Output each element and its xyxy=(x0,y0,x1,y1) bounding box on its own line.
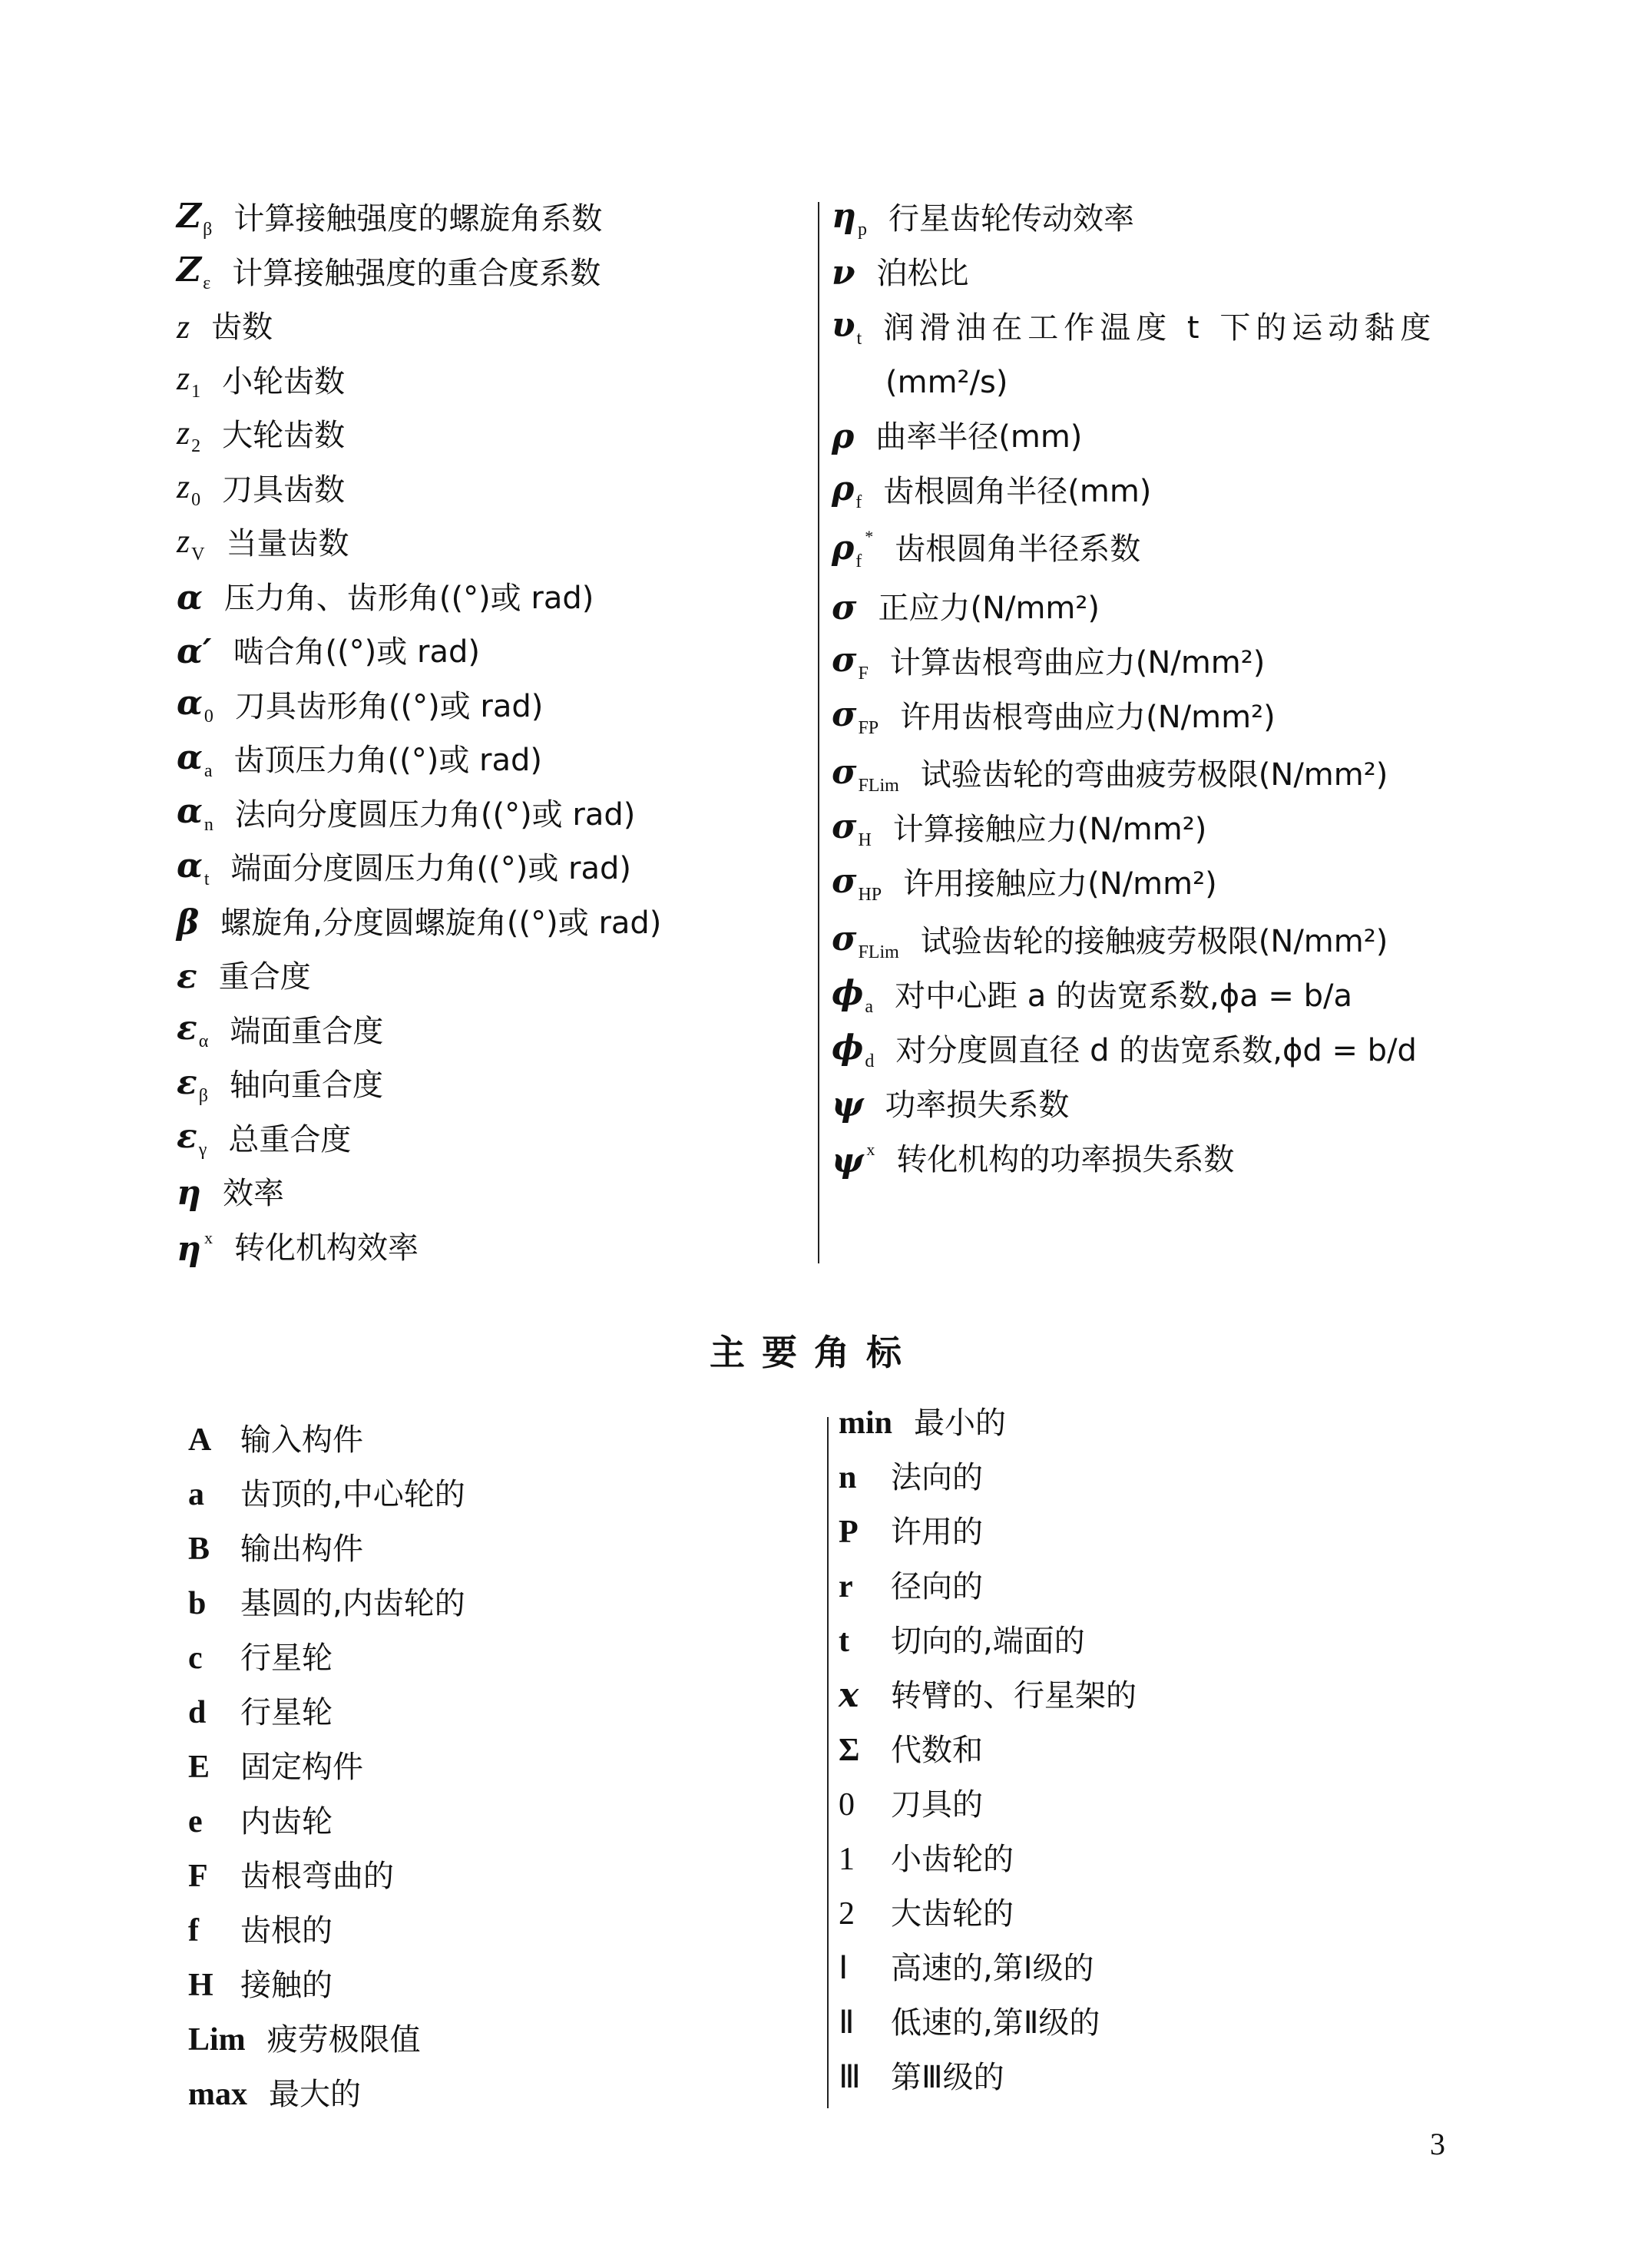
subscript-row: r径向的 xyxy=(839,1560,983,1614)
symbol-base: α′ xyxy=(177,632,211,671)
subscript-symbol: B xyxy=(188,1533,219,1565)
symbol: υt xyxy=(832,309,862,348)
symbol: σFLim xyxy=(832,922,899,962)
symbol-superscript: x xyxy=(866,1140,875,1159)
symbol-subscript: f xyxy=(855,551,862,571)
subscript-symbol: n xyxy=(839,1462,869,1494)
subscript-symbol: F xyxy=(188,1860,219,1892)
symbol-base: υ xyxy=(832,306,855,345)
subscript-row: Ⅲ第Ⅲ级的 xyxy=(839,2051,1004,2104)
symbol: α′ xyxy=(177,635,211,669)
symbol: σFLim xyxy=(832,756,899,795)
subscript-description: 径向的 xyxy=(891,1571,983,1602)
symbol: η xyxy=(177,1177,201,1210)
symbol-description: 行星齿轮传动效率 xyxy=(888,204,1134,234)
subscript-description: 刀具的 xyxy=(891,1790,983,1820)
symbol-subscript: β xyxy=(203,220,212,240)
subscript-description: 小齿轮的 xyxy=(891,1844,1014,1875)
symbol-row: εγ总重合度 xyxy=(177,1113,351,1167)
symbol-base: ψ xyxy=(832,1141,863,1180)
symbol-base: ρ xyxy=(832,469,854,508)
symbol-description: 效率 xyxy=(223,1178,284,1209)
symbol-description: (mm²/s) xyxy=(885,367,1008,398)
symbol-row: z齿数 xyxy=(177,300,273,354)
symbol: α xyxy=(177,581,203,615)
subscript-description: 高速的,第Ⅰ级的 xyxy=(891,1953,1094,1984)
symbol-description: 齿顶压力角((°)或 rad) xyxy=(234,745,542,776)
symbol-description: 刀具齿形角((°)或 rad) xyxy=(235,691,543,722)
symbol-base: α xyxy=(177,578,203,617)
subscript-row: 1小齿轮的 xyxy=(839,1833,1014,1886)
symbol-description: 螺旋角,分度圆螺旋角((°)或 rad) xyxy=(220,908,661,939)
symbol-row: zV当量齿数 xyxy=(177,517,349,571)
symbol-base: η xyxy=(177,1174,201,1213)
subscript-symbol: a xyxy=(188,1478,219,1511)
symbol-description: 小轮齿数 xyxy=(222,366,345,397)
symbol-row: ν泊松比 xyxy=(832,247,969,300)
document-page: Zβ计算接触强度的螺旋角系数Zε计算接触强度的重合度系数z齿数z1小轮齿数z2大… xyxy=(0,0,1628,2268)
symbol-base: ε xyxy=(177,1063,197,1102)
subscript-row: n法向的 xyxy=(839,1451,983,1505)
subscript-row: f齿根的 xyxy=(188,1904,333,1958)
subscript-row: A输入构件 xyxy=(188,1413,363,1467)
symbol-base: β xyxy=(177,903,199,942)
symbol-description: 端面分度圆压力角((°)或 rad) xyxy=(231,853,631,884)
symbol-row: εα端面重合度 xyxy=(177,1005,383,1058)
symbol-description: 对分度圆直径 d 的齿宽系数,ϕd = b/d xyxy=(895,1035,1417,1066)
symbol-subscript: 1 xyxy=(191,382,200,402)
symbol: σ xyxy=(832,591,856,625)
subscript-symbol: E xyxy=(188,1751,219,1783)
symbol: β xyxy=(177,906,199,940)
subscript-description: 转臂的、行星架的 xyxy=(891,1680,1137,1711)
symbol-row: σFLim试验齿轮的接触疲劳极限(N/mm²) xyxy=(832,915,1388,968)
symbol-subscript: β xyxy=(199,1086,208,1106)
symbol-superscript: * xyxy=(865,527,873,546)
subscript-symbol: Σ xyxy=(839,1734,869,1766)
symbol-description: 总重合度 xyxy=(228,1124,351,1155)
symbol: ρ xyxy=(832,420,854,454)
symbol-base: σ xyxy=(832,807,856,846)
column-divider-bottom xyxy=(827,1417,829,2108)
symbol: z xyxy=(177,310,190,344)
symbol-row: σH计算接触应力(N/mm²) xyxy=(832,803,1206,856)
subscript-row: Ⅱ低速的,第Ⅱ级的 xyxy=(839,1996,1100,2050)
subscript-description: 法向的 xyxy=(891,1462,983,1493)
symbol-subscript: H xyxy=(858,830,871,850)
subscript-description: 输出构件 xyxy=(240,1534,363,1564)
subscript-row: E固定构件 xyxy=(188,1740,363,1794)
subscript-row: F齿根弯曲的 xyxy=(188,1849,394,1903)
symbol: ρf* xyxy=(832,528,873,571)
symbol-base: z xyxy=(177,308,190,346)
symbol-superscript: x xyxy=(204,1228,213,1247)
subscript-description: 齿顶的,中心轮的 xyxy=(240,1479,465,1510)
subscript-row: a齿顶的,中心轮的 xyxy=(188,1468,465,1521)
symbol-description: 转化机构效率 xyxy=(234,1233,419,1263)
symbol-description: 转化机构的功率损失系数 xyxy=(896,1144,1234,1175)
symbol-description: 计算接触强度的重合度系数 xyxy=(232,258,601,289)
symbol-subscript: FLim xyxy=(858,776,898,796)
symbol-base: σ xyxy=(832,753,856,792)
symbol-subscript: FP xyxy=(858,718,879,738)
symbol-description: 法向分度圆压力角((°)或 rad) xyxy=(235,800,635,830)
subscript-row: b基圆的,内齿轮的 xyxy=(188,1577,465,1631)
symbol-base: ρ xyxy=(832,417,854,456)
symbol-subscript: n xyxy=(204,815,213,835)
symbol-base: α xyxy=(177,792,203,831)
symbol-description: 计算齿根弯曲应力(N/mm²) xyxy=(890,647,1266,678)
symbol-row: z1小轮齿数 xyxy=(177,355,345,409)
subscript-row: e内齿轮 xyxy=(188,1795,333,1849)
symbol-description: 重合度 xyxy=(219,962,311,992)
subscript-symbol: A xyxy=(188,1424,219,1456)
symbol: ρf xyxy=(832,472,862,512)
symbol-row: ϕa对中心距 a 的齿宽系数,ϕa = b/a xyxy=(832,969,1352,1023)
symbol: α0 xyxy=(177,687,213,726)
symbol-row: ε重合度 xyxy=(177,950,311,1004)
symbol-subscript: a xyxy=(204,761,213,781)
symbol-row: ρf*齿根圆角半径系数 xyxy=(832,522,1140,576)
symbol-subscript: γ xyxy=(199,1140,207,1160)
subscript-symbol: e xyxy=(188,1806,219,1838)
symbol-description: 功率损失系数 xyxy=(885,1090,1069,1121)
symbol-subscript: HP xyxy=(858,885,882,905)
subscript-description: 最小的 xyxy=(914,1408,1006,1439)
symbol-description: 许用齿根弯曲应力(N/mm²) xyxy=(900,702,1276,733)
symbol-description: 泊松比 xyxy=(877,258,969,289)
subscript-row: c行星轮 xyxy=(188,1631,333,1685)
subscript-description: 切向的,端面的 xyxy=(891,1626,1085,1657)
column-divider-top xyxy=(818,202,819,1263)
subscript-row: 0刀具的 xyxy=(839,1778,983,1832)
symbol-description: 端面重合度 xyxy=(230,1016,383,1047)
page-number: 3 xyxy=(1430,2126,1445,2162)
symbol-base: z xyxy=(177,359,190,397)
subscript-description: 接触的 xyxy=(240,1970,333,2001)
symbol-row: σFLim试验齿轮的弯曲疲劳极限(N/mm²) xyxy=(832,748,1388,802)
symbol: ψ xyxy=(832,1088,863,1122)
symbol-row: Zε计算接触强度的重合度系数 xyxy=(177,247,601,300)
subscript-description: 内齿轮 xyxy=(240,1806,333,1837)
symbol-row: ηp行星齿轮传动效率 xyxy=(832,192,1134,246)
symbol: ε xyxy=(177,960,197,994)
symbol: z2 xyxy=(177,416,200,455)
subscript-symbol: Lim xyxy=(188,2024,246,2056)
symbol-row: ψx转化机构的功率损失系数 xyxy=(832,1133,1234,1187)
symbol: αa xyxy=(177,741,213,780)
symbol-base: ψ xyxy=(832,1085,863,1124)
symbol-description: 曲率半径(mm) xyxy=(875,422,1082,452)
symbol-description: 啮合角((°)或 rad) xyxy=(233,637,479,667)
symbol-base: α xyxy=(177,846,203,886)
subscript-description: 最大的 xyxy=(269,2079,361,2110)
symbol-base: ν xyxy=(832,253,855,293)
subscript-description: 固定构件 xyxy=(240,1752,363,1783)
subscript-description: 低速的,第Ⅱ级的 xyxy=(891,2008,1100,2038)
subscript-row: max最大的 xyxy=(188,2068,361,2121)
symbol-description: 压力角、齿形角((°)或 rad) xyxy=(224,583,594,614)
subscript-row: 2大齿轮的 xyxy=(839,1887,1014,1941)
symbol-base: η xyxy=(832,197,856,236)
subscript-symbol: d xyxy=(188,1697,219,1729)
symbol-row: αt端面分度圆压力角((°)或 rad) xyxy=(177,842,631,896)
subscript-row: Lim疲劳极限值 xyxy=(188,2013,421,2067)
symbol: σHP xyxy=(832,865,882,904)
symbol-description: 润滑油在工作温度 t 下的运动黏度 xyxy=(883,313,1436,343)
symbol: σFP xyxy=(832,698,879,737)
symbol: z0 xyxy=(177,470,200,509)
symbol-row: β螺旋角,分度圆螺旋角((°)或 rad) xyxy=(177,896,661,950)
symbol-row: σFP许用齿根弯曲应力(N/mm²) xyxy=(832,690,1276,744)
subscript-row: x转臂的、行星架的 xyxy=(839,1669,1137,1723)
subscript-description: 许用的 xyxy=(891,1517,983,1548)
subscript-description: 齿根的 xyxy=(240,1915,333,1946)
symbol: ηp xyxy=(832,200,867,239)
symbol-base: ρ xyxy=(832,528,854,568)
section-heading: 主要角标 xyxy=(0,1325,1628,1376)
symbol: εα xyxy=(177,1011,208,1051)
symbol-base: z xyxy=(177,414,190,452)
subscript-symbol: t xyxy=(839,1625,869,1657)
symbol-row: ρ曲率半径(mm) xyxy=(832,410,1082,464)
symbol: εβ xyxy=(177,1066,208,1105)
symbol-row: σ正应力(N/mm²) xyxy=(832,581,1100,635)
symbol-subscript: FLim xyxy=(858,942,898,962)
symbol-description: 齿根圆角半径(mm) xyxy=(883,476,1151,507)
symbol: εγ xyxy=(177,1120,207,1159)
symbol: z1 xyxy=(177,362,200,401)
symbol-description: 试验齿轮的弯曲疲劳极限(N/mm²) xyxy=(921,760,1388,790)
subscript-symbol: f xyxy=(188,1915,219,1947)
symbol-description: 计算接触强度的螺旋角系数 xyxy=(233,204,602,234)
symbol: zV xyxy=(177,525,204,564)
subscript-row: t切向的,端面的 xyxy=(839,1614,1085,1668)
symbol-base: ε xyxy=(177,957,197,996)
symbol-row: z0刀具齿数 xyxy=(177,463,345,517)
symbol-base: z xyxy=(177,522,190,560)
subscript-symbol: Ⅱ xyxy=(839,2007,869,2039)
symbol: σH xyxy=(832,810,872,849)
symbol-base: σ xyxy=(832,641,856,680)
symbol-subscript: t xyxy=(204,869,210,889)
symbol-subscript: 0 xyxy=(204,707,213,727)
subscript-description: 齿根弯曲的 xyxy=(240,1861,394,1892)
symbol-description: 当量齿数 xyxy=(226,528,349,559)
symbol-row: α压力角、齿形角((°)或 rad) xyxy=(177,571,594,625)
symbol-description: 试验齿轮的接触疲劳极限(N/mm²) xyxy=(921,926,1388,957)
symbol: σF xyxy=(832,644,869,683)
symbol-base: σ xyxy=(832,695,856,734)
subscript-row: d行星轮 xyxy=(188,1686,333,1740)
symbol-base: ε xyxy=(177,1008,197,1048)
subscript-symbol: x xyxy=(839,1679,869,1713)
symbol-row: αa齿顶压力角((°)或 rad) xyxy=(177,733,542,787)
symbol: ϕa xyxy=(832,977,873,1016)
symbol: ψx xyxy=(832,1141,875,1178)
symbol: ν xyxy=(832,257,855,290)
symbol-row: α0刀具齿形角((°)或 rad) xyxy=(177,680,543,733)
symbol-subscript: p xyxy=(858,220,867,240)
symbol-row: εβ轴向重合度 xyxy=(177,1058,383,1112)
symbol-row: ϕd对分度圆直径 d 的齿宽系数,ϕd = b/d xyxy=(832,1024,1417,1078)
symbol-description: 正应力(N/mm²) xyxy=(878,593,1100,624)
subscript-row: B输出构件 xyxy=(188,1522,363,1576)
subscript-symbol: P xyxy=(839,1516,869,1548)
subscript-symbol: max xyxy=(188,2078,247,2111)
symbol-base: ϕ xyxy=(832,974,863,1013)
symbol-subscript: a xyxy=(865,997,873,1017)
symbol-description: 大轮齿数 xyxy=(222,420,345,451)
symbol-description: 计算接触应力(N/mm²) xyxy=(893,814,1207,845)
subscript-symbol: b xyxy=(188,1588,219,1620)
symbol-row: σHP许用接触应力(N/mm²) xyxy=(832,857,1217,911)
subscript-symbol: Ⅰ xyxy=(839,1952,869,1985)
subscript-row: H接触的 xyxy=(188,1958,333,2012)
symbol-subscript: d xyxy=(865,1051,874,1071)
symbol-base: σ xyxy=(832,862,856,901)
symbol-row: η效率 xyxy=(177,1167,284,1220)
symbol-row: α′啮合角((°)或 rad) xyxy=(177,625,480,679)
symbol-base: η xyxy=(177,1230,201,1269)
symbol-row: Zβ计算接触强度的螺旋角系数 xyxy=(177,192,602,246)
subscript-symbol: 0 xyxy=(839,1789,869,1821)
symbol-description: 齿数 xyxy=(211,312,273,343)
symbol: ϕd xyxy=(832,1031,874,1071)
subscript-symbol: 1 xyxy=(839,1843,869,1876)
symbol-base: z xyxy=(177,468,190,505)
symbol-base: α xyxy=(177,684,203,723)
subscript-row: min最小的 xyxy=(839,1396,1006,1450)
symbol-row: ρf齿根圆角半径(mm) xyxy=(832,465,1151,518)
symbol-description: 齿根圆角半径系数 xyxy=(895,534,1140,565)
subscript-description: 疲劳极限值 xyxy=(267,2025,421,2055)
symbol: Zε xyxy=(177,253,210,293)
symbol-base: Z xyxy=(177,197,201,236)
symbol-description: 对中心距 a 的齿宽系数,ϕa = b/a xyxy=(895,981,1352,1011)
symbol-subscript: α xyxy=(199,1031,209,1051)
subscript-description: 输入构件 xyxy=(240,1425,363,1455)
symbol-subscript: f xyxy=(855,492,862,512)
subscript-symbol: Ⅲ xyxy=(839,2061,869,2094)
subscript-symbol: 2 xyxy=(839,1898,869,1930)
symbol-row: σF计算齿根弯曲应力(N/mm²) xyxy=(832,636,1265,690)
symbol-subscript: 0 xyxy=(191,490,200,510)
subscript-symbol: H xyxy=(188,1969,219,2001)
symbol-base: ϕ xyxy=(832,1028,863,1068)
subscript-description: 代数和 xyxy=(891,1735,983,1766)
symbol-row: ψ功率损失系数 xyxy=(832,1078,1069,1132)
subscript-symbol: min xyxy=(839,1407,892,1439)
symbol: Zβ xyxy=(177,200,212,239)
subscript-description: 大齿轮的 xyxy=(891,1899,1014,1929)
symbol: ηx xyxy=(177,1230,213,1266)
symbol-row: υt润滑油在工作温度 t 下的运动黏度 xyxy=(832,301,1436,355)
subscript-description: 行星轮 xyxy=(240,1643,333,1674)
subscript-row: Σ代数和 xyxy=(839,1723,983,1777)
subscript-description: 行星轮 xyxy=(240,1697,333,1728)
symbol-base: α xyxy=(177,738,203,777)
symbol-base: Z xyxy=(177,250,201,290)
subscript-symbol: c xyxy=(188,1642,219,1674)
symbol-row: (mm²/s) xyxy=(832,356,1008,409)
subscript-row: Ⅰ高速的,第Ⅰ级的 xyxy=(839,1942,1094,1995)
symbol-subscript: 2 xyxy=(191,436,200,456)
symbol-base: ε xyxy=(177,1117,197,1156)
symbol-description: 轴向重合度 xyxy=(230,1070,383,1101)
symbol-row: αn法向分度圆压力角((°)或 rad) xyxy=(177,788,635,842)
symbol-subscript: ε xyxy=(203,273,210,293)
symbol-base: σ xyxy=(832,919,856,959)
symbol: αt xyxy=(177,849,210,889)
symbol-description: 刀具齿数 xyxy=(222,475,345,505)
symbol: αn xyxy=(177,795,213,834)
symbol-subscript: t xyxy=(857,329,862,349)
subscript-description: 基圆的,内齿轮的 xyxy=(240,1588,465,1619)
symbol-subscript: F xyxy=(858,664,868,684)
symbol-subscript: V xyxy=(191,545,204,565)
subscript-description: 第Ⅲ级的 xyxy=(891,2062,1004,2093)
symbol-description: 许用接触应力(N/mm²) xyxy=(903,869,1217,899)
symbol-row: z2大轮齿数 xyxy=(177,409,345,462)
symbol-row: ηx转化机构效率 xyxy=(177,1221,419,1275)
subscript-row: P许用的 xyxy=(839,1505,983,1559)
subscript-symbol: r xyxy=(839,1571,869,1603)
symbol-base: σ xyxy=(832,588,856,627)
